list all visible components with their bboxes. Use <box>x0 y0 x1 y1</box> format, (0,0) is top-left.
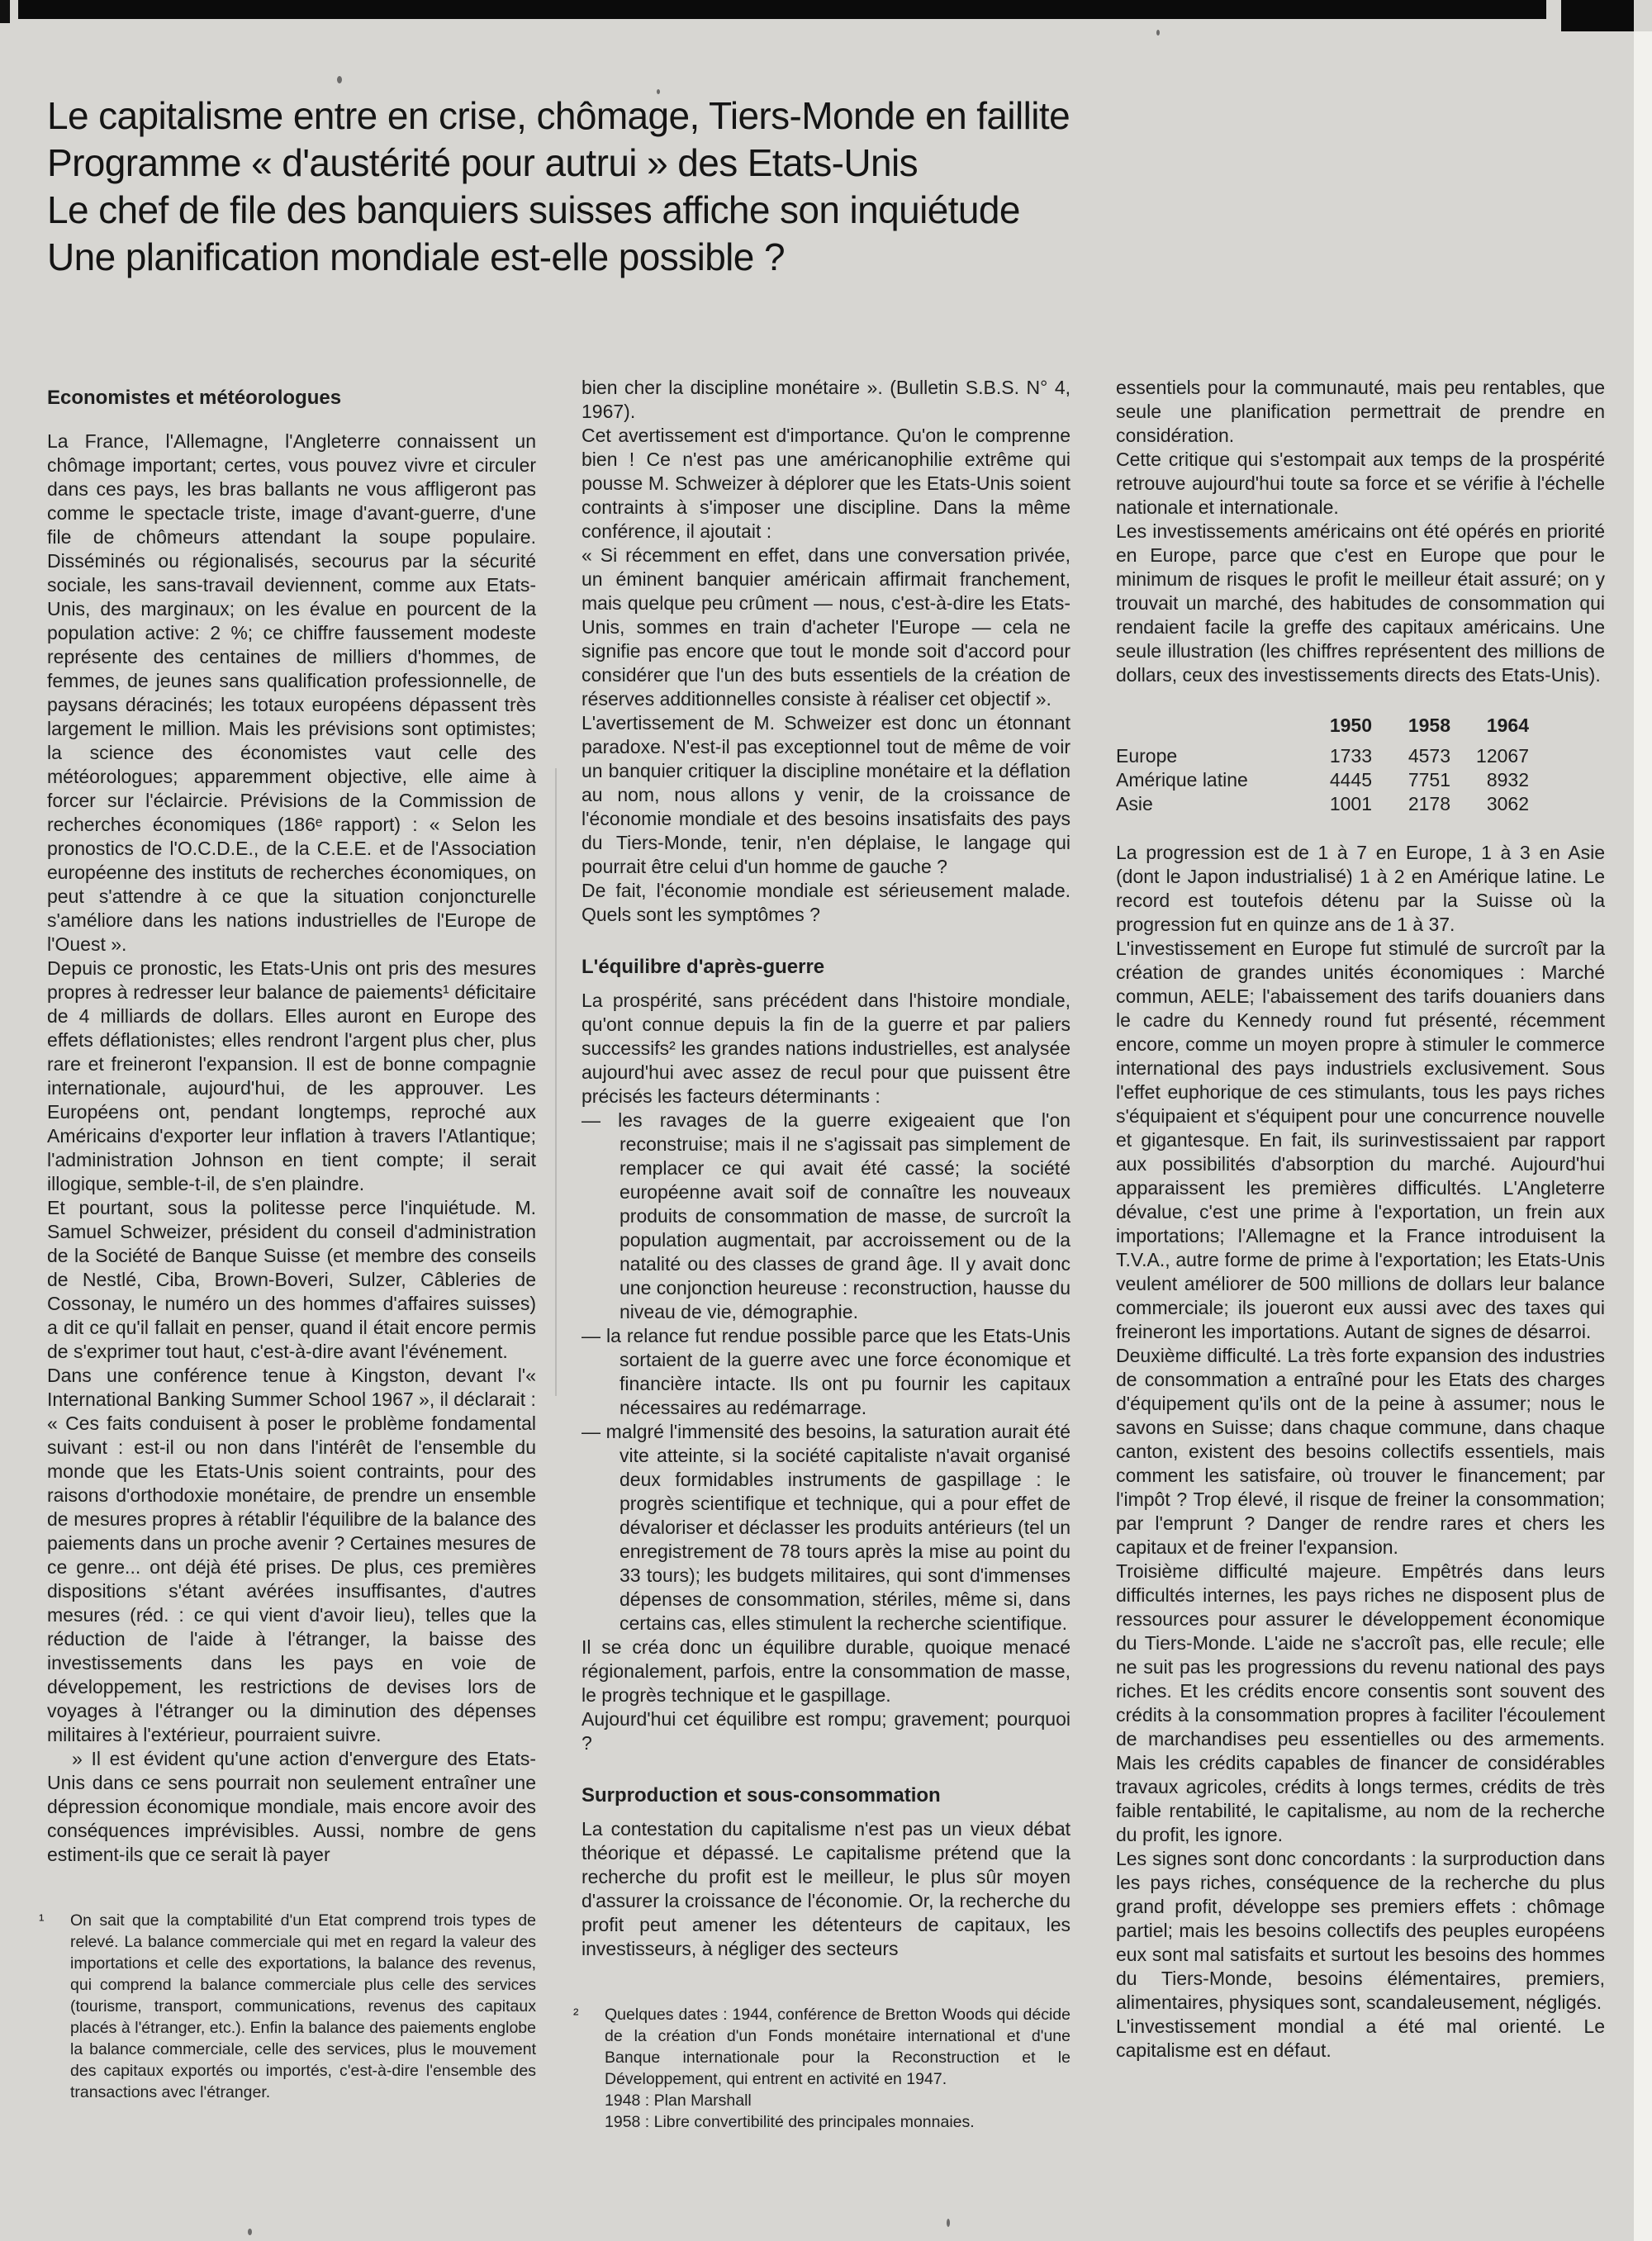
scan-corner-block <box>1561 0 1634 31</box>
paragraph: La France, l'Allemagne, l'Angleterre con… <box>47 430 536 957</box>
cell-value: 4573 <box>1372 744 1450 768</box>
cell-value: 4445 <box>1294 768 1372 792</box>
footnote-1: ¹ On sait que la comptabilité d'un Etat … <box>47 1910 536 2103</box>
footnote-date-line: 1958 : Libre convertibilité des principa… <box>605 2111 1070 2133</box>
dash-item: — malgré l'immensité des besoins, la sat… <box>582 1420 1070 1636</box>
table-row-amerique-latine: Amérique latine 4445 7751 8932 <box>1116 768 1529 792</box>
headline-line-1: Le capitalisme entre en crise, chômage, … <box>47 93 1600 140</box>
paragraph: Aujourd'hui cet équilibre est rompu; gra… <box>582 1707 1070 1755</box>
section-heading-surproduction: Surproduction et sous-consommation <box>582 1783 1070 1807</box>
headline-line-4: Une planification mondiale est-elle poss… <box>47 234 1600 281</box>
cell-value: 8932 <box>1450 768 1529 792</box>
scan-left-notch <box>0 0 10 23</box>
newspaper-page: Le capitalisme entre en crise, chômage, … <box>0 0 1652 2241</box>
scan-speck <box>1156 30 1160 36</box>
footnote-marker: ² <box>572 2004 605 2133</box>
column-3: essentiels pour la communauté, mais peu … <box>1116 376 1605 2063</box>
table-year-header: 1950 <box>1294 714 1372 744</box>
paragraph: Les investissements américains ont été o… <box>1116 520 1605 687</box>
paragraph: » Il est évident qu'une action d'envergu… <box>47 1747 536 1867</box>
paragraph: De fait, l'économie mondiale est sérieus… <box>582 879 1070 927</box>
table-year-header: 1964 <box>1450 714 1529 744</box>
paragraph: La prospérité, sans précédent dans l'his… <box>582 989 1070 1109</box>
paragraph: essentiels pour la communauté, mais peu … <box>1116 376 1605 448</box>
row-label: Amérique latine <box>1116 768 1294 792</box>
paragraph: Cet avertissement est d'importance. Qu'o… <box>582 424 1070 544</box>
dash-item: — la relance fut rendue possible parce q… <box>582 1324 1070 1420</box>
cell-value: 7751 <box>1372 768 1450 792</box>
scan-speck <box>337 76 342 83</box>
dash-item: — les ravages de la guerre exigeaient qu… <box>582 1109 1070 1324</box>
table-row-asie: Asie 1001 2178 3062 <box>1116 792 1529 816</box>
paragraph: bien cher la discipline monétaire ». (Bu… <box>582 376 1070 424</box>
paragraph: « Ces faits conduisent à poser le problè… <box>47 1412 536 1747</box>
paragraph: « Si récemment en effet, dans une conver… <box>582 544 1070 711</box>
paragraph: Depuis ce pronostic, les Etats-Unis ont … <box>47 957 536 1196</box>
headline-line-3: Le chef de file des banquiers suisses af… <box>47 187 1600 234</box>
headline-line-2: Programme « d'austérité pour autrui » de… <box>47 140 1600 187</box>
paragraph: Cette critique qui s'estompait aux temps… <box>1116 448 1605 520</box>
paragraph: Les signes sont donc concordants : la su… <box>1116 1847 1605 2015</box>
column-1: Economistes et météorologues La France, … <box>47 376 536 2103</box>
scan-speck <box>248 2229 252 2235</box>
scan-speck <box>947 2219 950 2227</box>
paragraph: La contestation du capitalisme n'est pas… <box>582 1817 1070 1961</box>
footnote-date-line: 1948 : Plan Marshall <box>605 2090 1070 2111</box>
paragraph: L'avertissement de M. Schweizer est donc… <box>582 711 1070 879</box>
cell-value: 12067 <box>1450 744 1529 768</box>
cell-value: 3062 <box>1450 792 1529 816</box>
section-heading-economistes: Economistes et météorologues <box>47 386 536 410</box>
row-label: Asie <box>1116 792 1294 816</box>
table-row-europe: Europe 1733 4573 12067 <box>1116 744 1529 768</box>
paragraph: La progression est de 1 à 7 en Europe, 1… <box>1116 841 1605 937</box>
paragraph: Il se créa donc un équilibre durable, qu… <box>582 1636 1070 1707</box>
headline: Le capitalisme entre en crise, chômage, … <box>47 93 1600 281</box>
footnote-text: Quelques dates : 1944, conférence de Bre… <box>605 2004 1070 2090</box>
cell-value: 1733 <box>1294 744 1372 768</box>
table-header-row: 1950 1958 1964 <box>1116 714 1529 744</box>
paragraph: L'investissement mondial a été mal orien… <box>1116 2015 1605 2063</box>
footnote-2: ² Quelques dates : 1944, conférence de B… <box>582 2004 1070 2133</box>
cell-value: 2178 <box>1372 792 1450 816</box>
scan-fold-line <box>555 768 557 1396</box>
footnote-marker: ¹ <box>37 1910 70 2103</box>
scan-top-bar <box>18 0 1546 19</box>
footnote-text: On sait que la comptabilité d'un Etat co… <box>70 1910 536 2103</box>
paragraph: Dans une conférence tenue à Kingston, de… <box>47 1364 536 1412</box>
paragraph: Troisième difficulté majeure. Empêtrés d… <box>1116 1560 1605 1847</box>
row-label: Europe <box>1116 744 1294 768</box>
paragraph: L'investissement en Europe fut stimulé d… <box>1116 937 1605 1344</box>
scan-right-edge <box>1634 31 1652 2241</box>
paragraph: Deuxième difficulté. La très forte expan… <box>1116 1344 1605 1560</box>
table-year-header: 1958 <box>1372 714 1450 744</box>
paragraph: Et pourtant, sous la politesse perce l'i… <box>47 1196 536 1364</box>
column-2: bien cher la discipline monétaire ». (Bu… <box>582 376 1070 2133</box>
table-corner-cell <box>1116 714 1294 744</box>
cell-value: 1001 <box>1294 792 1372 816</box>
section-heading-equilibre: L'équilibre d'après-guerre <box>582 955 1070 979</box>
investments-table: 1950 1958 1964 Europe 1733 4573 12067 Am… <box>1116 714 1529 816</box>
